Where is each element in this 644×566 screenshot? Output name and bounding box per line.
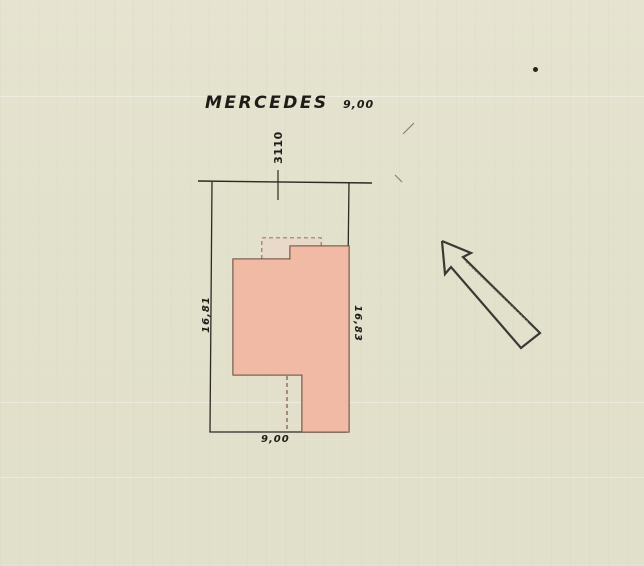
left-side-dimension: 16,81	[201, 296, 212, 333]
building-footprint-shade	[233, 246, 349, 432]
street-width-label: 9,00	[343, 98, 374, 111]
stray-mark	[403, 123, 414, 134]
street-name-label: MERCEDES	[205, 93, 329, 113]
street-line	[198, 181, 372, 183]
north-arrow-icon	[442, 241, 540, 348]
stray-mark	[395, 175, 402, 182]
house-number-label: 3110	[272, 131, 285, 164]
right-side-dimension: 16,83	[352, 305, 363, 342]
site-plan	[0, 0, 644, 566]
front-dimension: 9,00	[261, 434, 290, 445]
